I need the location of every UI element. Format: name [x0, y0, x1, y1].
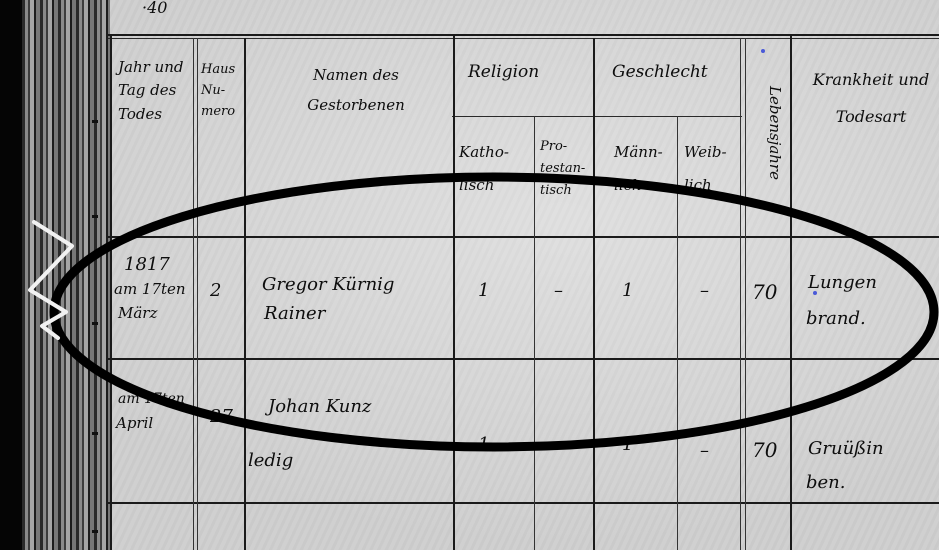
- row-age: 70: [752, 282, 777, 302]
- column-rule: [193, 38, 194, 550]
- subheader-rule: [452, 116, 742, 117]
- margin-tick: [92, 530, 98, 533]
- header-date: Jahr und Tag des Todes: [118, 56, 190, 126]
- column-rule: [745, 38, 746, 550]
- header-age: Lebensjahre: [767, 86, 782, 180]
- register-page: ·40 Jahr und Tag des Todes Haus Nu- mero…: [0, 0, 939, 550]
- row-name: Johan Kunz: [268, 398, 371, 416]
- row-house-number: 2: [210, 282, 221, 300]
- row-date: am 17ten: [114, 282, 186, 297]
- table-top-rule: [108, 38, 939, 39]
- header-name: Namen des Gestorbenen: [266, 60, 446, 120]
- marker-dot: [813, 291, 817, 295]
- margin-tick: [92, 432, 98, 435]
- row-name-status: Rainer: [264, 305, 325, 323]
- row-protestant: –: [554, 282, 563, 300]
- header-religion: Religion: [468, 64, 539, 81]
- row-catholic: 1: [478, 282, 489, 300]
- row-cause-cont: brand.: [806, 310, 866, 328]
- table-top-rule: [108, 34, 939, 36]
- row-month: März: [118, 306, 157, 321]
- header-female: Weib- lich: [684, 136, 738, 202]
- column-rule: [110, 34, 112, 550]
- row-female: –: [700, 282, 709, 300]
- row-year: 1817: [124, 256, 170, 274]
- header-cause-of-death: Krankheit und Todesart: [806, 62, 936, 136]
- margin-tick: [92, 215, 98, 218]
- row-name: Gregor Kürnig: [262, 276, 394, 294]
- row-catholic: 1: [478, 436, 489, 454]
- row-separator: [108, 502, 939, 504]
- row-date: am 17ten: [118, 392, 185, 406]
- row-female: –: [700, 442, 709, 460]
- row-male: 1: [622, 436, 633, 454]
- header-male: Männ- lich: [614, 136, 672, 202]
- header-sex: Geschlecht: [612, 64, 708, 81]
- column-rule: [534, 116, 535, 550]
- row-age: 70: [752, 440, 777, 460]
- book-spine: [22, 0, 110, 550]
- page-number: ·40: [142, 0, 167, 16]
- margin-tick: [92, 120, 98, 123]
- header-protestant: Pro- testan- tisch: [540, 136, 590, 202]
- row-name-status: ledig: [248, 452, 293, 470]
- margin-tick: [92, 322, 98, 325]
- row-male: 1: [622, 282, 633, 300]
- row-cause: Lungen: [808, 274, 877, 292]
- highlight-ellipse: [54, 177, 934, 447]
- row-month: April: [116, 416, 153, 431]
- header-bottom-rule: [108, 236, 939, 238]
- column-rule: [677, 116, 678, 550]
- column-rule: [790, 34, 792, 550]
- column-rule: [453, 34, 455, 550]
- column-rule: [244, 38, 246, 550]
- column-rule: [740, 38, 741, 550]
- row-cause: Gruüßin: [808, 440, 884, 458]
- header-catholic: Katho- lisch: [459, 136, 529, 202]
- column-rule: [197, 38, 198, 550]
- row-house-number: 27: [210, 408, 233, 426]
- column-rule: [593, 38, 595, 550]
- header-house-number: Haus Nu- mero: [201, 60, 243, 122]
- page-binding-shadow: [0, 0, 22, 550]
- marker-dot: [761, 49, 765, 53]
- row-separator: [108, 358, 939, 360]
- row-cause-cont: ben.: [806, 474, 846, 492]
